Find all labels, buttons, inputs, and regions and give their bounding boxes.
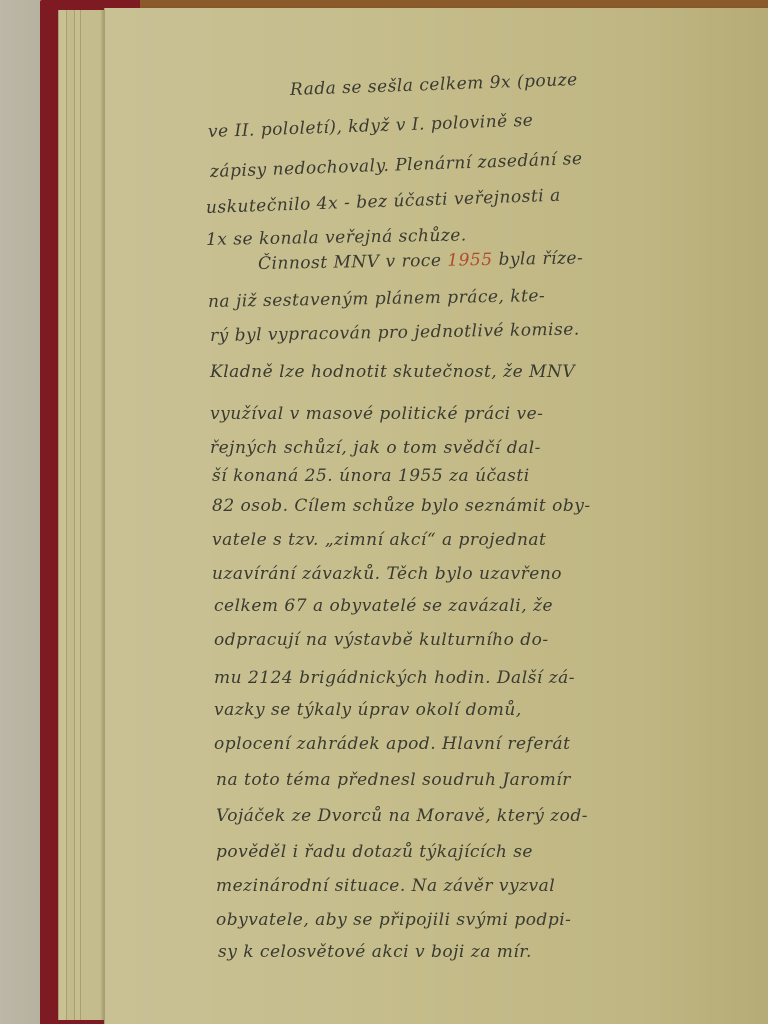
text-line: Kladně lze hodnotit skutečnost, že MNV [210, 362, 575, 382]
text-segment: byla říze- [492, 248, 583, 270]
text-line: řejných schůzí, jak o tom svědčí dal- [210, 438, 541, 458]
text-line: obyvatele, aby se připojili svými podpi- [216, 910, 571, 930]
text-line: vazky se týkaly úprav okolí domů, [214, 700, 522, 720]
text-segment: Činnost MNV v roce [258, 251, 448, 274]
text-line: využíval v masové politické práci ve- [210, 404, 543, 424]
text-line: ší konaná 25. února 1955 za účasti [212, 466, 530, 486]
text-line: sy k celosvětové akci v boji za mír. [218, 942, 532, 962]
text-line: uzavírání závazků. Těch bylo uzavřeno [212, 564, 562, 584]
text-line: pověděl i řadu dotazů týkajících se [216, 842, 533, 862]
text-line: odpracují na výstavbě kulturního do- [214, 630, 549, 650]
text-line: oplocení zahrádek apod. Hlavní referát [214, 734, 570, 754]
highlighted-year: 1955 [447, 250, 493, 271]
text-line: vatele s tzv. „zimní akcí“ a projednat [212, 530, 546, 550]
text-line: celkem 67 a obyvatelé se zavázali, že [214, 596, 553, 616]
text-line: mezinárodní situace. Na závěr vyzval [216, 876, 555, 896]
text-line: mu 2124 brigádnických hodin. Další zá- [214, 668, 575, 688]
text-line: 82 osob. Cílem schůze bylo seznámit oby- [212, 496, 591, 516]
text-line: Vojáček ze Dvorců na Moravě, který zod- [216, 806, 588, 826]
text-line: na toto téma přednesl soudruh Jaromír [216, 770, 571, 790]
